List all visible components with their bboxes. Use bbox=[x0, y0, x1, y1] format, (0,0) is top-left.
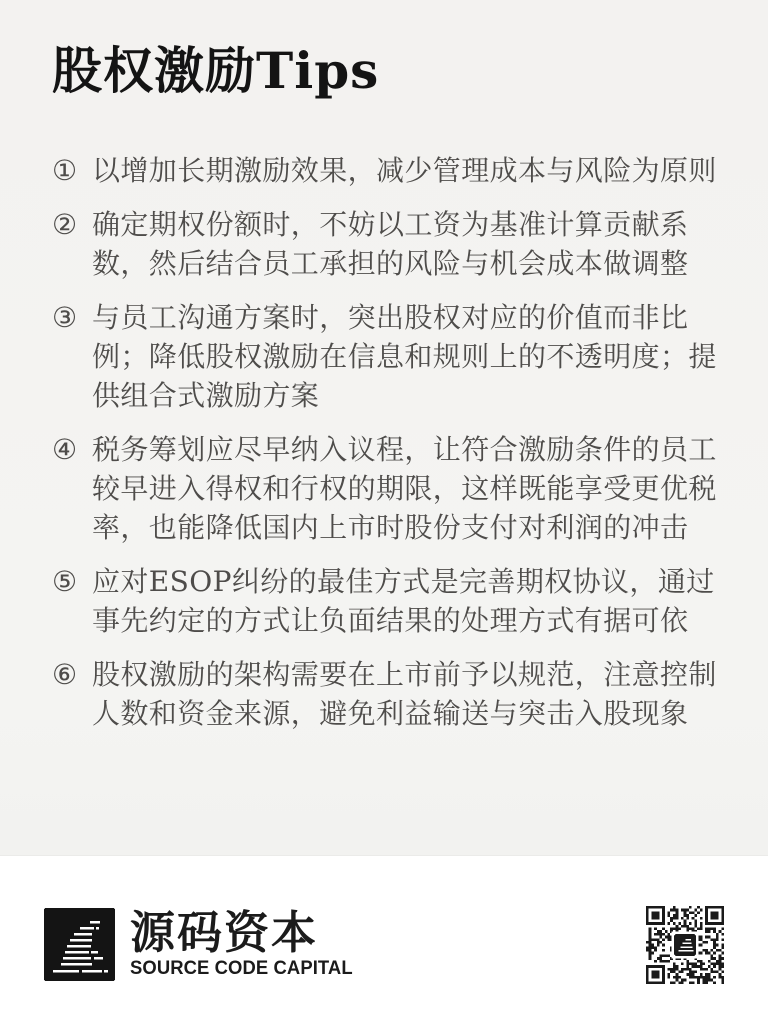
footer-brand: 源码资本 SOURCE CODE CAPITAL bbox=[44, 908, 360, 981]
tip-item: ② 确定期权份额时，不妨以工资为基准计算贡献系数，然后结合员工承担的风险与机会成… bbox=[52, 205, 733, 283]
tip-item: ⑤ 应对ESOP纠纷的最佳方式是完善期权协议，通过事先约定的方式让负面结果的处理… bbox=[52, 562, 733, 640]
tip-number: ⑥ bbox=[52, 655, 82, 694]
tip-item: ⑥ 股权激励的架构需要在上市前予以规范，注意控制人数和资金来源，避免利益输送与突… bbox=[52, 655, 733, 733]
tip-number: ⑤ bbox=[52, 562, 82, 601]
brand-text: 源码资本 SOURCE CODE CAPITAL bbox=[130, 910, 360, 980]
tip-text: 与员工沟通方案时，突出股权对应的价值而非比例；降低股权激励在信息和规则上的不透明… bbox=[92, 298, 733, 415]
tip-item: ① 以增加长期激励效果，减少管理成本与风险为原则 bbox=[52, 151, 733, 190]
tip-text: 以增加长期激励效果，减少管理成本与风险为原则 bbox=[92, 151, 733, 190]
source-code-capital-mark-icon bbox=[44, 908, 115, 981]
tips-card: 股权激励Tips ① 以增加长期激励效果，减少管理成本与风险为原则 ② 确定期权… bbox=[0, 0, 768, 748]
qr-code bbox=[646, 905, 724, 985]
tip-number: ④ bbox=[52, 430, 82, 469]
brand-name-cn: 源码资本 bbox=[130, 910, 360, 955]
tip-text: 股权激励的架构需要在上市前予以规范，注意控制人数和资金来源，避免利益输送与突击入… bbox=[92, 655, 733, 733]
page-title: 股权激励Tips bbox=[52, 44, 733, 97]
tips-list: ① 以增加长期激励效果，减少管理成本与风险为原则 ② 确定期权份额时，不妨以工资… bbox=[52, 151, 733, 733]
tip-number: ② bbox=[52, 205, 82, 244]
tip-text: 确定期权份额时，不妨以工资为基准计算贡献系数，然后结合员工承担的风险与机会成本做… bbox=[92, 205, 733, 283]
tip-item: ③ 与员工沟通方案时，突出股权对应的价值而非比例；降低股权激励在信息和规则上的不… bbox=[52, 298, 733, 415]
tip-number: ① bbox=[52, 151, 82, 190]
brand-name-en: SOURCE CODE CAPITAL bbox=[130, 958, 353, 980]
tip-item: ④ 税务筹划应尽早纳入议程，让符合激励条件的员工较早进入得权和行权的期限，这样既… bbox=[52, 430, 733, 547]
tip-text: 税务筹划应尽早纳入议程，让符合激励条件的员工较早进入得权和行权的期限，这样既能享… bbox=[92, 430, 733, 547]
qr-modules bbox=[646, 905, 724, 985]
tip-text: 应对ESOP纠纷的最佳方式是完善期权协议，通过事先约定的方式让负面结果的处理方式… bbox=[92, 562, 733, 640]
tip-number: ③ bbox=[52, 298, 82, 337]
